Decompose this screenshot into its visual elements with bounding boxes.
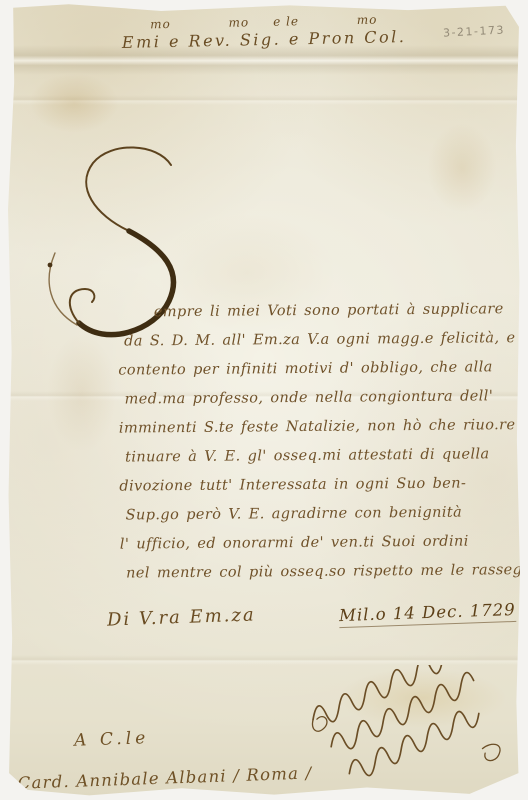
closing-row: Di V.ra Em.za Mil.o 14 Dec. 1729: [7, 603, 521, 639]
manuscript-letter-photo: mo mo e le mo Emi e Rev. Sig. e Pron Col…: [0, 0, 528, 800]
body-line: med.ma professo, onde nella congiontura …: [125, 382, 481, 414]
foxing-stain: [427, 123, 497, 213]
fold-crease-faint: [7, 95, 521, 105]
dateline: Mil.o 14 Dec. 1729: [339, 600, 517, 628]
body-line: divozione tutt' Interessata in ogni Suo …: [119, 469, 481, 501]
address-prefix: A C.le: [74, 728, 150, 751]
body-line: Sup.go però V. E. agradirne con benignit…: [126, 498, 482, 530]
fold-crease-faint: [7, 655, 521, 665]
body-line: imminenti S.te feste Natalizie, non hò c…: [119, 411, 481, 443]
closing-salutation: Di V.ra Em.za: [107, 604, 256, 630]
foxing-stain: [29, 73, 119, 133]
letter-body: empre li miei Voti sono portati à suppli…: [118, 295, 483, 588]
body-line: da S. D. M. all' Em.za V.a ogni magg.e f…: [124, 324, 480, 356]
body-line: tinuare à V. E. gl' osseq.mi attestati d…: [125, 440, 481, 472]
address-block: A C.le Card. Annibale Albani / Roma /: [16, 721, 348, 798]
body-line: l' ufficio, ed onorarmi de' ven.ti Suoi …: [120, 527, 482, 559]
body-line: contento per infiniti motivi d' obbligo,…: [118, 353, 480, 385]
paper-sheet: mo mo e le mo Emi e Rev. Sig. e Pron Col…: [7, 3, 521, 797]
address-line: Card. Annibale Albani / Roma /: [17, 763, 312, 792]
body-line: empre li miei Voti sono portati à suppli…: [154, 295, 480, 327]
body-line: nel mentre col più osseq.so rispetto me …: [126, 556, 482, 588]
